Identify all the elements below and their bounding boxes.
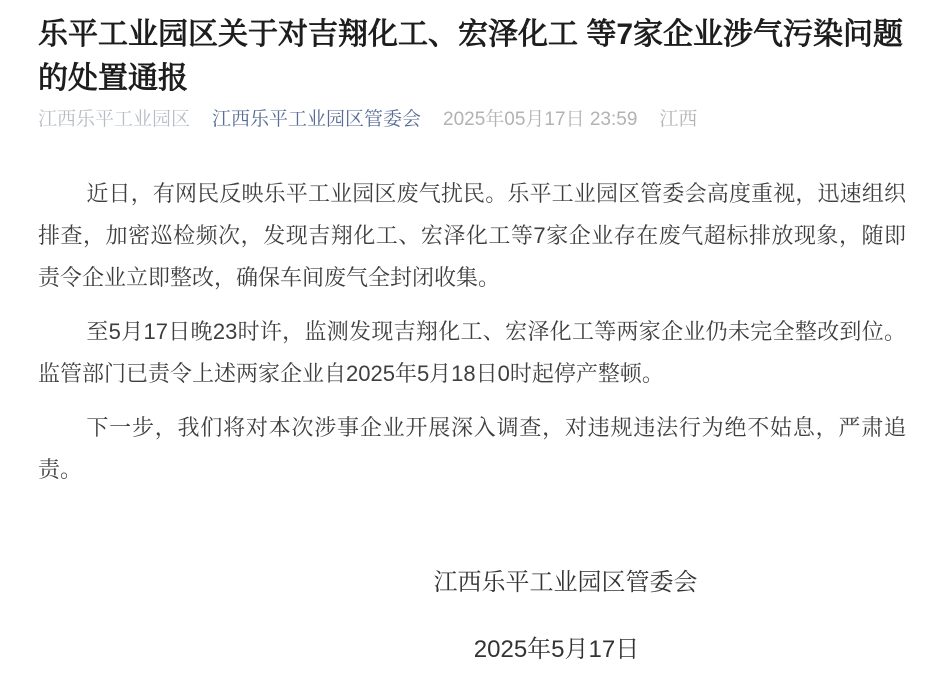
signature-date: 2025年5月17日 (38, 629, 906, 671)
publish-datetime: 2025年05月17日 23:59 (443, 106, 637, 134)
article-body: 近日，有网民反映乐平工业园区废气扰民。乐平工业园区管委会高度重视，迅速组织排查，… (38, 173, 906, 671)
signature-line: 江西乐平工业园区管委会 (38, 562, 906, 604)
article-title: 乐平工业园区关于对吉翔化工、宏泽化工 等7家企业涉气污染问题的处置通报 (38, 13, 906, 101)
publish-location: 江西 (659, 106, 697, 134)
paragraph-3: 下一步，我们将对本次涉事企业开展深入调查，对违规违法行为绝不姑息，严肃追责。 (38, 407, 906, 491)
article-meta: 江西乐平工业园区 江西乐平工业园区管委会 2025年05月17日 23:59 江… (38, 106, 906, 134)
paragraph-1: 近日，有网民反映乐平工业园区废气扰民。乐平工业园区管委会高度重视，迅速组织排查，… (38, 173, 906, 299)
article-page: 乐平工业园区关于对吉翔化工、宏泽化工 等7家企业涉气污染问题的处置通报 江西乐平… (0, 0, 944, 671)
paragraph-2: 至5月17日晚23时许，监测发现吉翔化工、宏泽化工等两家企业仍未完全整改到位。监… (38, 311, 906, 395)
account-name-link[interactable]: 江西乐平工业园区管委会 (212, 106, 421, 134)
source-label: 江西乐平工业园区 (38, 106, 190, 134)
